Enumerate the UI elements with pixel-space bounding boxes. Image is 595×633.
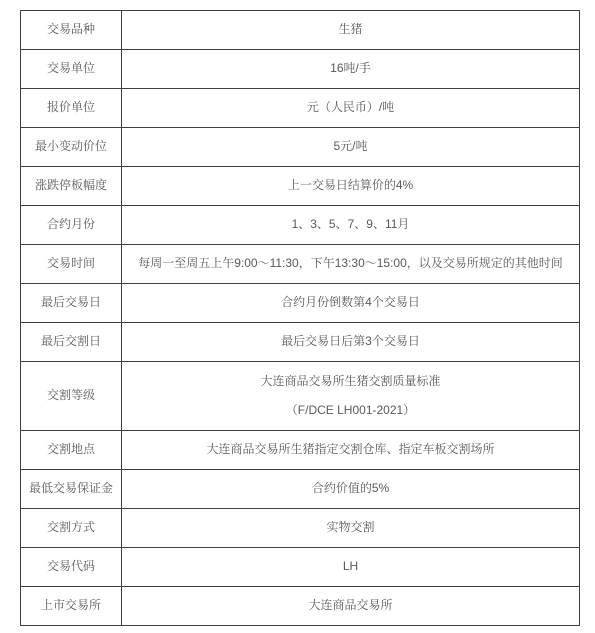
contract-spec-table: 交易品种 生猪 交易单位 16吨/手 报价单位 元（人民币）/吨 最小变动价位 … [20, 10, 580, 626]
row-label: 最低交易保证金 [21, 470, 122, 509]
row-value: 合约价值的5% [122, 470, 580, 509]
table-row-last-delivery-day: 最后交割日 最后交易日后第3个交易日 [21, 323, 580, 362]
table-row-trading-hours: 交易时间 每周一至周五上午9:00～11:30，下午13:30～15:00，以及… [21, 245, 580, 284]
table-row-trading-unit: 交易单位 16吨/手 [21, 50, 580, 89]
page: 交易品种 生猪 交易单位 16吨/手 报价单位 元（人民币）/吨 最小变动价位 … [0, 0, 595, 633]
table-row-trading-product: 交易品种 生猪 [21, 11, 580, 50]
table-row-contract-months: 合约月份 1、3、5、7、9、11月 [21, 206, 580, 245]
row-label: 最小变动价位 [21, 128, 122, 167]
row-value: 大连商品交易所 [122, 587, 580, 626]
table-row-quote-unit: 报价单位 元（人民币）/吨 [21, 89, 580, 128]
row-value: 最后交易日后第3个交易日 [122, 323, 580, 362]
row-label: 交易时间 [21, 245, 122, 284]
row-label: 合约月份 [21, 206, 122, 245]
row-value: 1、3、5、7、9、11月 [122, 206, 580, 245]
table-row-delivery-grade: 交割等级 大连商品交易所生猪交割质量标准 （F/DCE LH001-2021） [21, 362, 580, 431]
row-label: 交易代码 [21, 548, 122, 587]
row-label: 最后交割日 [21, 323, 122, 362]
table-row-price-limit: 涨跌停板幅度 上一交易日结算价的4% [21, 167, 580, 206]
table-row-minimum-margin: 最低交易保证金 合约价值的5% [21, 470, 580, 509]
contract-spec-table-body: 交易品种 生猪 交易单位 16吨/手 报价单位 元（人民币）/吨 最小变动价位 … [21, 11, 580, 626]
row-label: 交易品种 [21, 11, 122, 50]
row-value: 生猪 [122, 11, 580, 50]
delivery-grade-line-2: （F/DCE LH001-2021） [126, 403, 575, 419]
row-value: LH [122, 548, 580, 587]
row-value: 实物交割 [122, 509, 580, 548]
row-value: 大连商品交易所生猪指定交割仓库、指定车板交割场所 [122, 431, 580, 470]
row-label: 涨跌停板幅度 [21, 167, 122, 206]
row-value: 元（人民币）/吨 [122, 89, 580, 128]
table-row-delivery-method: 交割方式 实物交割 [21, 509, 580, 548]
row-label: 上市交易所 [21, 587, 122, 626]
row-value: 大连商品交易所生猪交割质量标准 （F/DCE LH001-2021） [122, 362, 580, 431]
row-label: 报价单位 [21, 89, 122, 128]
row-value: 上一交易日结算价的4% [122, 167, 580, 206]
row-value: 合约月份倒数第4个交易日 [122, 284, 580, 323]
delivery-grade-line-1: 大连商品交易所生猪交割质量标准 [126, 374, 575, 390]
table-row-delivery-location: 交割地点 大连商品交易所生猪指定交割仓库、指定车板交割场所 [21, 431, 580, 470]
row-label: 最后交易日 [21, 284, 122, 323]
row-value: 每周一至周五上午9:00～11:30，下午13:30～15:00，以及交易所规定… [122, 245, 580, 284]
row-label: 交割等级 [21, 362, 122, 431]
row-label: 交易单位 [21, 50, 122, 89]
row-label: 交割地点 [21, 431, 122, 470]
row-label: 交割方式 [21, 509, 122, 548]
row-value: 5元/吨 [122, 128, 580, 167]
table-row-listed-exchange: 上市交易所 大连商品交易所 [21, 587, 580, 626]
row-value: 16吨/手 [122, 50, 580, 89]
table-row-ticker-symbol: 交易代码 LH [21, 548, 580, 587]
table-row-last-trading-day: 最后交易日 合约月份倒数第4个交易日 [21, 284, 580, 323]
table-row-tick-size: 最小变动价位 5元/吨 [21, 128, 580, 167]
